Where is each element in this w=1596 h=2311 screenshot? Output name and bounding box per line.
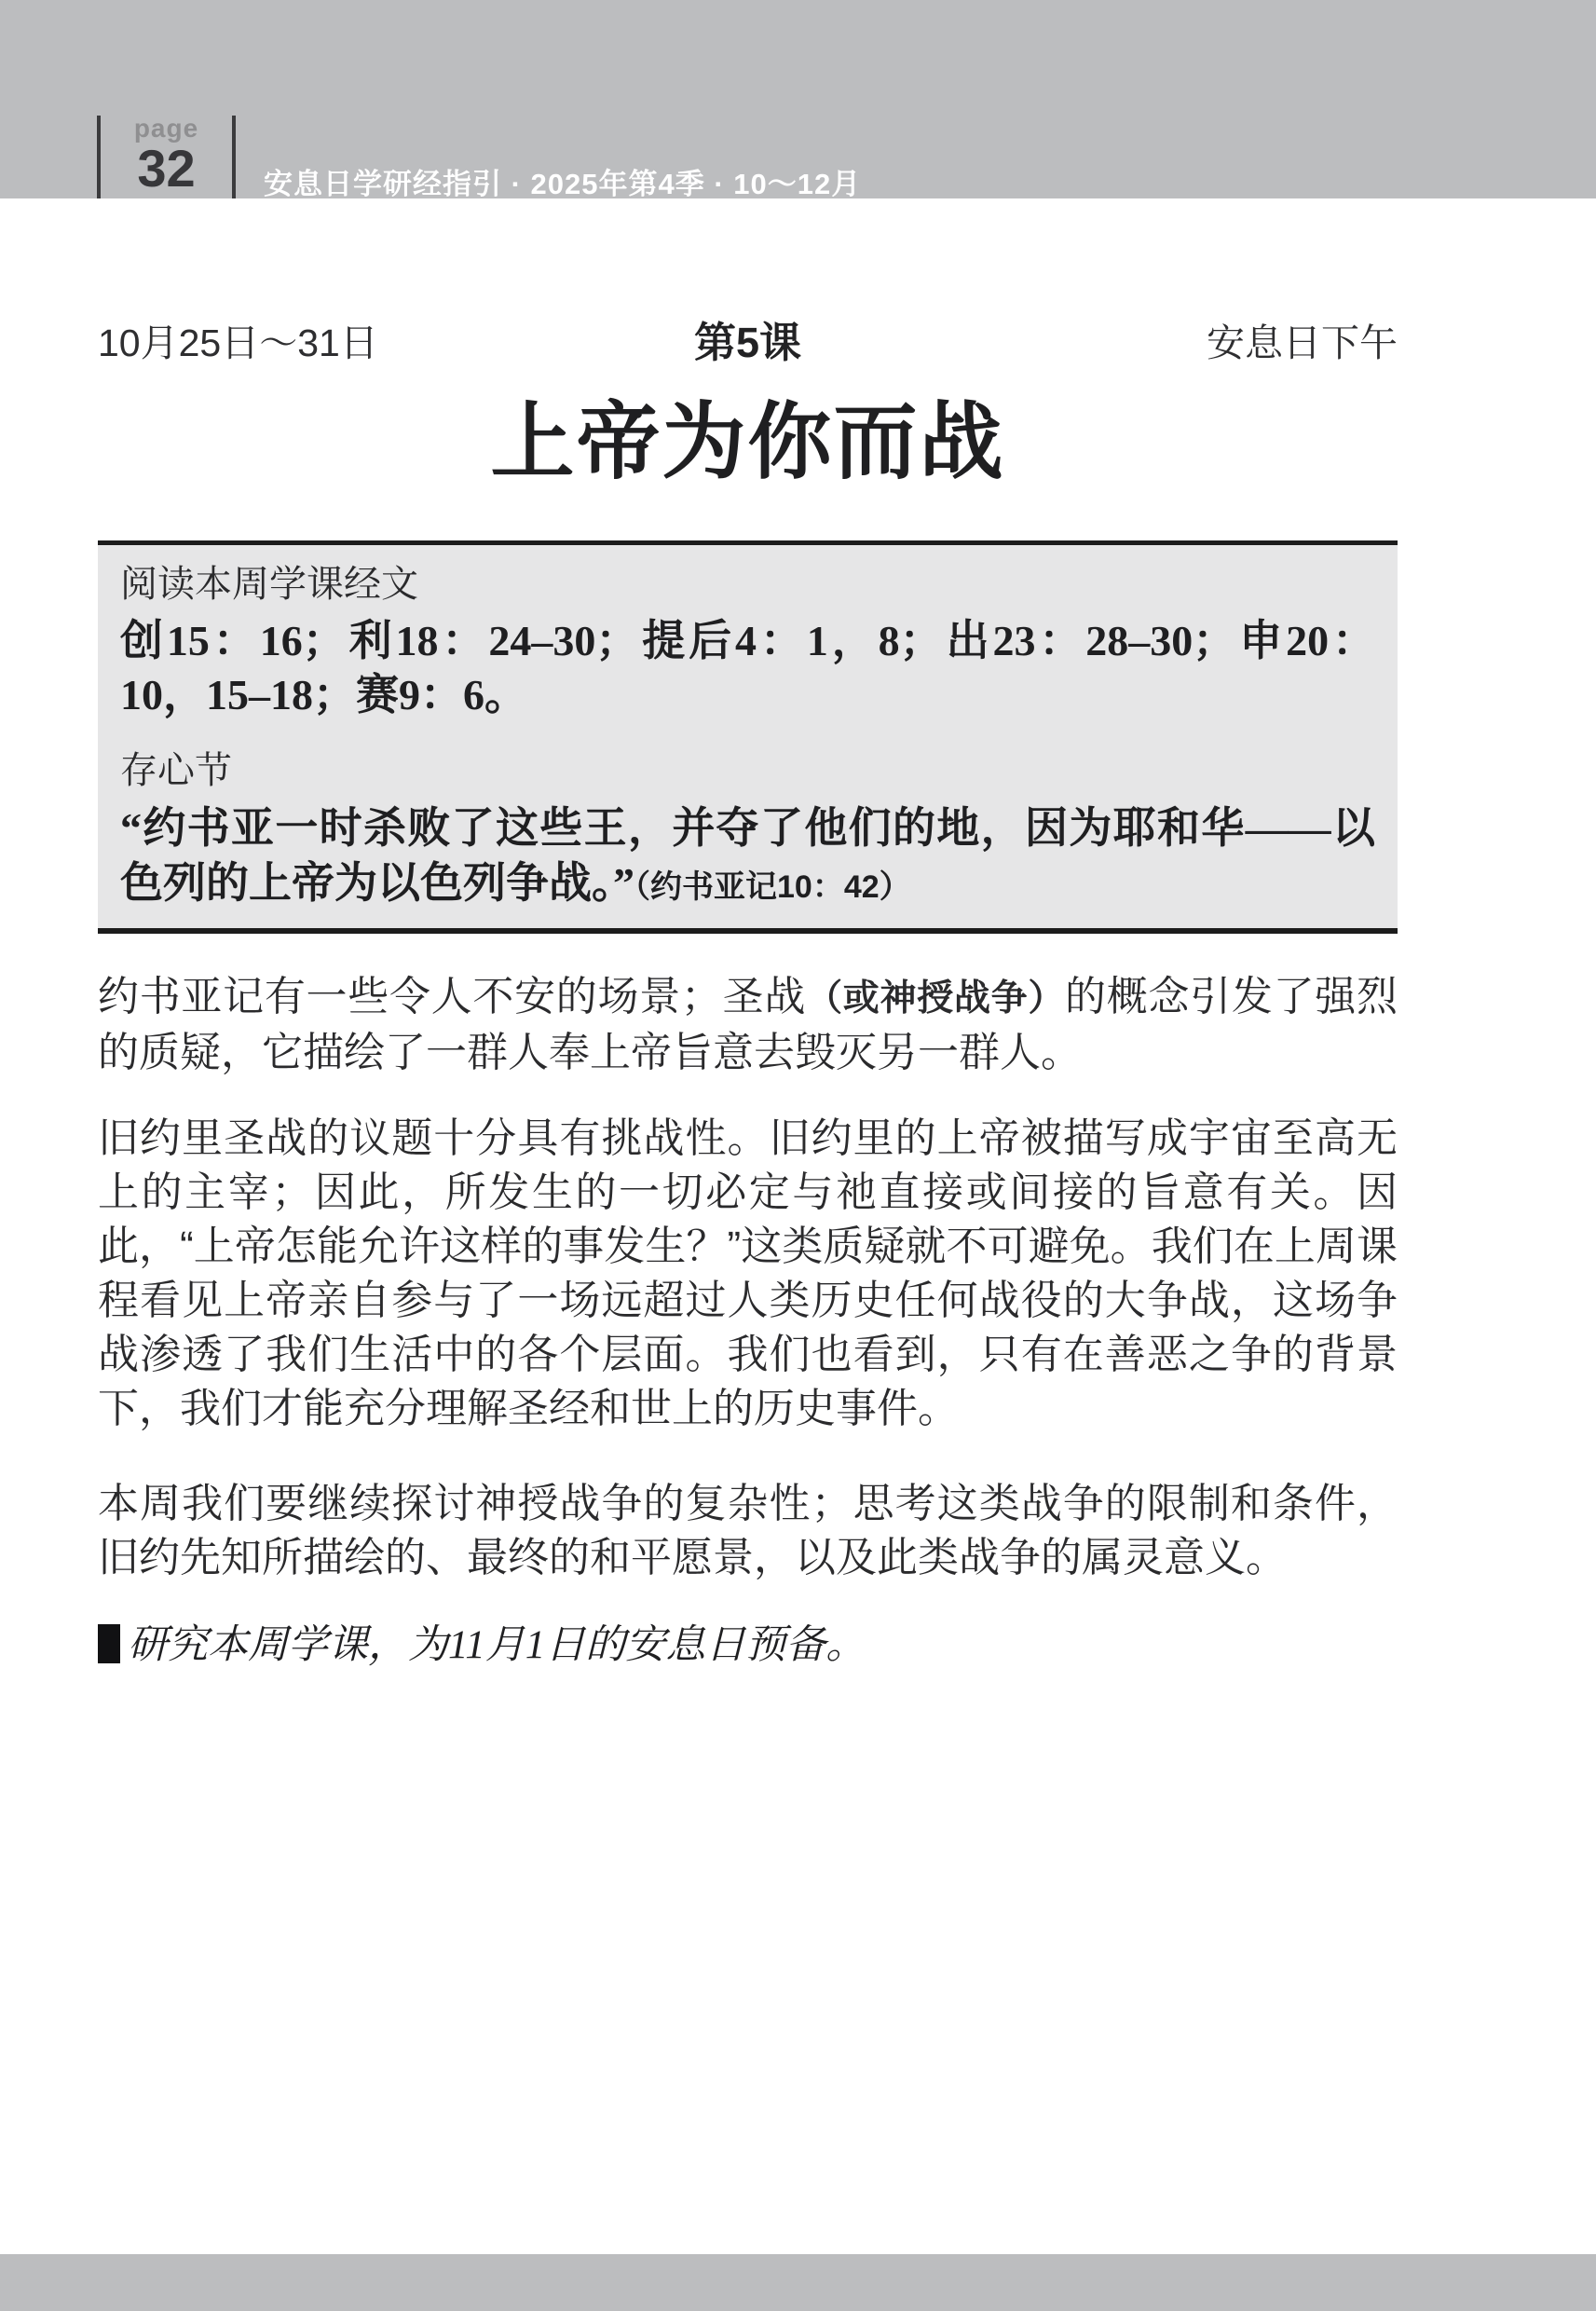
paragraph-1-parenthetical: （或神授战争）: [806, 978, 1065, 1019]
study-box: 阅读本周学课经文 创15：16；利18：24–30；提后4：1，8；出23：28…: [98, 540, 1398, 934]
paragraph-2: 旧约里圣战的议题十分具有挑战性。旧约里的上帝被描写成宇宙至高无上的主宰；因此，所…: [98, 1112, 1398, 1436]
reading-references: 创15：16；利18：24–30；提后4：1，8；出23：28–30；申20：1…: [120, 614, 1375, 722]
study-note-text: 研究本周学课，为11月1日的安息日预备。: [128, 1623, 866, 1667]
lesson-title: 上帝为你而战: [98, 391, 1398, 496]
session-label: 安息日下午: [1207, 312, 1398, 367]
memory-verse: “约书亚一时杀败了这些王，并夺了他们的地，因为耶和华——以色列的上帝为以色列争战…: [120, 800, 1375, 915]
paragraph-1-text: 约书亚记有一些令人不安的场景；圣战: [98, 974, 806, 1019]
content-column: 10月25日～31日 第5课 安息日下午 上帝为你而战 阅读本周学课经文 创15…: [98, 0, 1398, 2311]
bottom-footer-band: [0, 2254, 1596, 2311]
memory-verse-reference: （约书亚记10：42）: [634, 869, 911, 905]
paragraph-1: 约书亚记有一些令人不安的场景；圣战（或神授战争）的概念引发了强烈的质疑，它描绘了…: [98, 970, 1398, 1080]
paragraph-3: 本周我们要继续探讨神授战争的复杂性；思考这类战争的限制和条件，旧约先知所描绘的、…: [98, 1477, 1398, 1585]
document-page: page 32 安息日学研经指引 · 2025年第4季 · 10～12月 10月…: [0, 0, 1596, 2311]
lesson-header-row: 10月25日～31日 第5课 安息日下午: [98, 312, 1398, 364]
study-note: 研究本周学课，为11月1日的安息日预备。: [98, 1620, 1398, 1672]
reading-label: 阅读本周学课经文: [120, 562, 1375, 607]
memory-verse-label: 存心节: [120, 748, 1375, 793]
square-bullet-icon: [98, 1624, 120, 1663]
lesson-date-range: 10月25日～31日: [98, 312, 378, 367]
lesson-number: 第5课: [694, 308, 801, 369]
